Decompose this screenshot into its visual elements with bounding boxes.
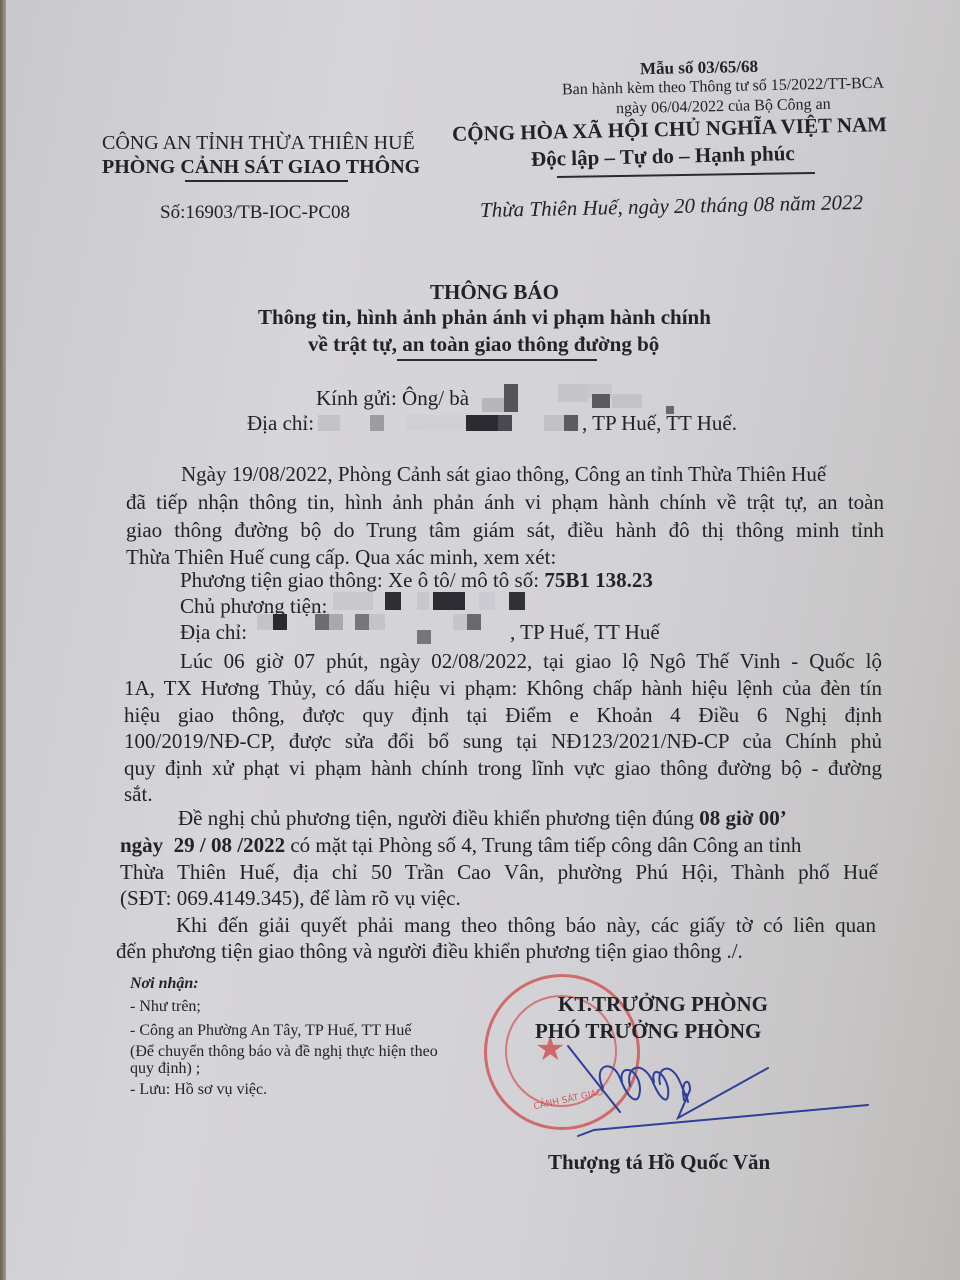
signer-name: Thượng tá Hồ Quốc Văn	[548, 1150, 770, 1175]
handwritten-signature	[0, 0, 960, 1280]
